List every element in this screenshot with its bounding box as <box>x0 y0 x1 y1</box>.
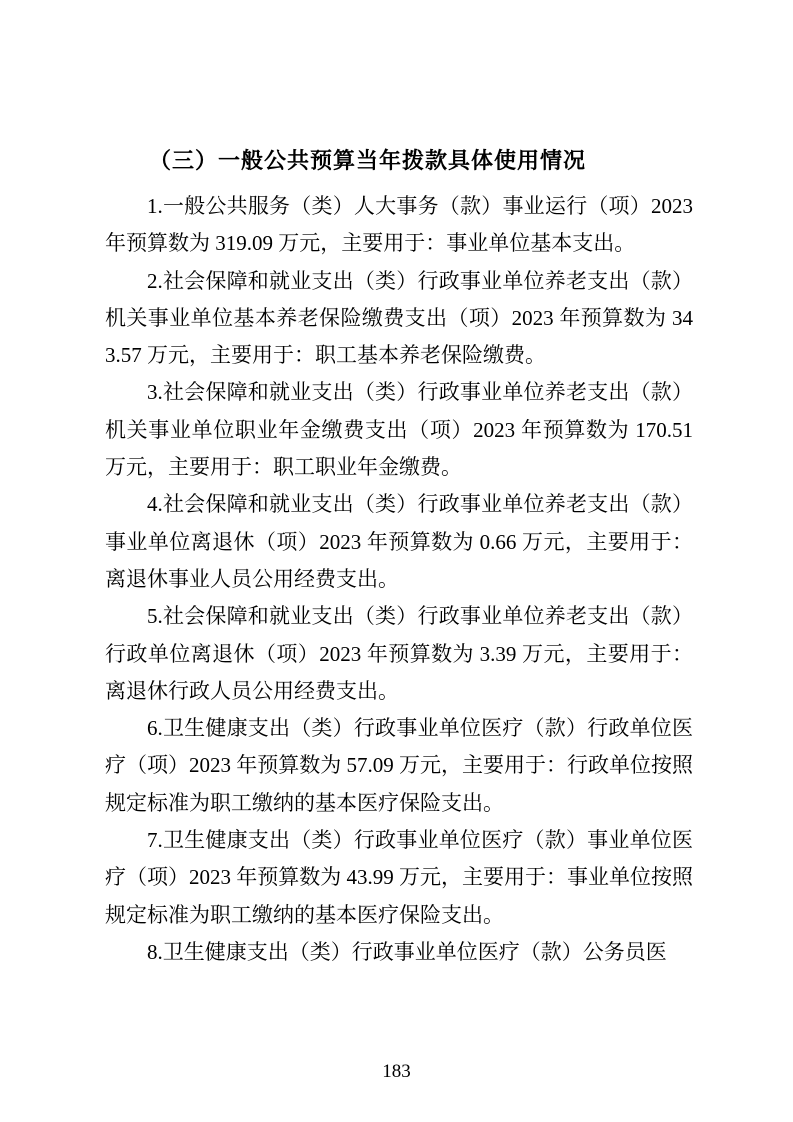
document-content: （三）一般公共预算当年拨款具体使用情况 1.一般公共服务（类）人大事务（款）事业… <box>105 144 693 971</box>
paragraph: 3.社会保障和就业支出（类）行政事业单位养老支出（款）机关事业单位职业年金缴费支… <box>105 374 693 486</box>
paragraph: 4.社会保障和就业支出（类）行政事业单位养老支出（款）事业单位离退休（项）202… <box>105 486 693 598</box>
body-text: 1.一般公共服务（类）人大事务（款）事业运行（项）2023 年预算数为 319.… <box>105 188 693 971</box>
paragraph: 5.社会保障和就业支出（类）行政事业单位养老支出（款）行政单位离退休（项）202… <box>105 598 693 710</box>
paragraph: 2.社会保障和就业支出（类）行政事业单位养老支出（款）机关事业单位基本养老保险缴… <box>105 263 693 375</box>
paragraph: 8.卫生健康支出（类）行政事业单位医疗（款）公务员医 <box>105 934 693 971</box>
section-heading: （三）一般公共预算当年拨款具体使用情况 <box>105 144 693 178</box>
paragraph: 7.卫生健康支出（类）行政事业单位医疗（款）事业单位医疗（项）2023 年预算数… <box>105 822 693 934</box>
paragraph: 1.一般公共服务（类）人大事务（款）事业运行（项）2023 年预算数为 319.… <box>105 188 693 263</box>
page-number: 183 <box>0 1058 793 1086</box>
document-page: （三）一般公共预算当年拨款具体使用情况 1.一般公共服务（类）人大事务（款）事业… <box>0 0 793 1122</box>
paragraph: 6.卫生健康支出（类）行政事业单位医疗（款）行政单位医疗（项）2023 年预算数… <box>105 710 693 822</box>
